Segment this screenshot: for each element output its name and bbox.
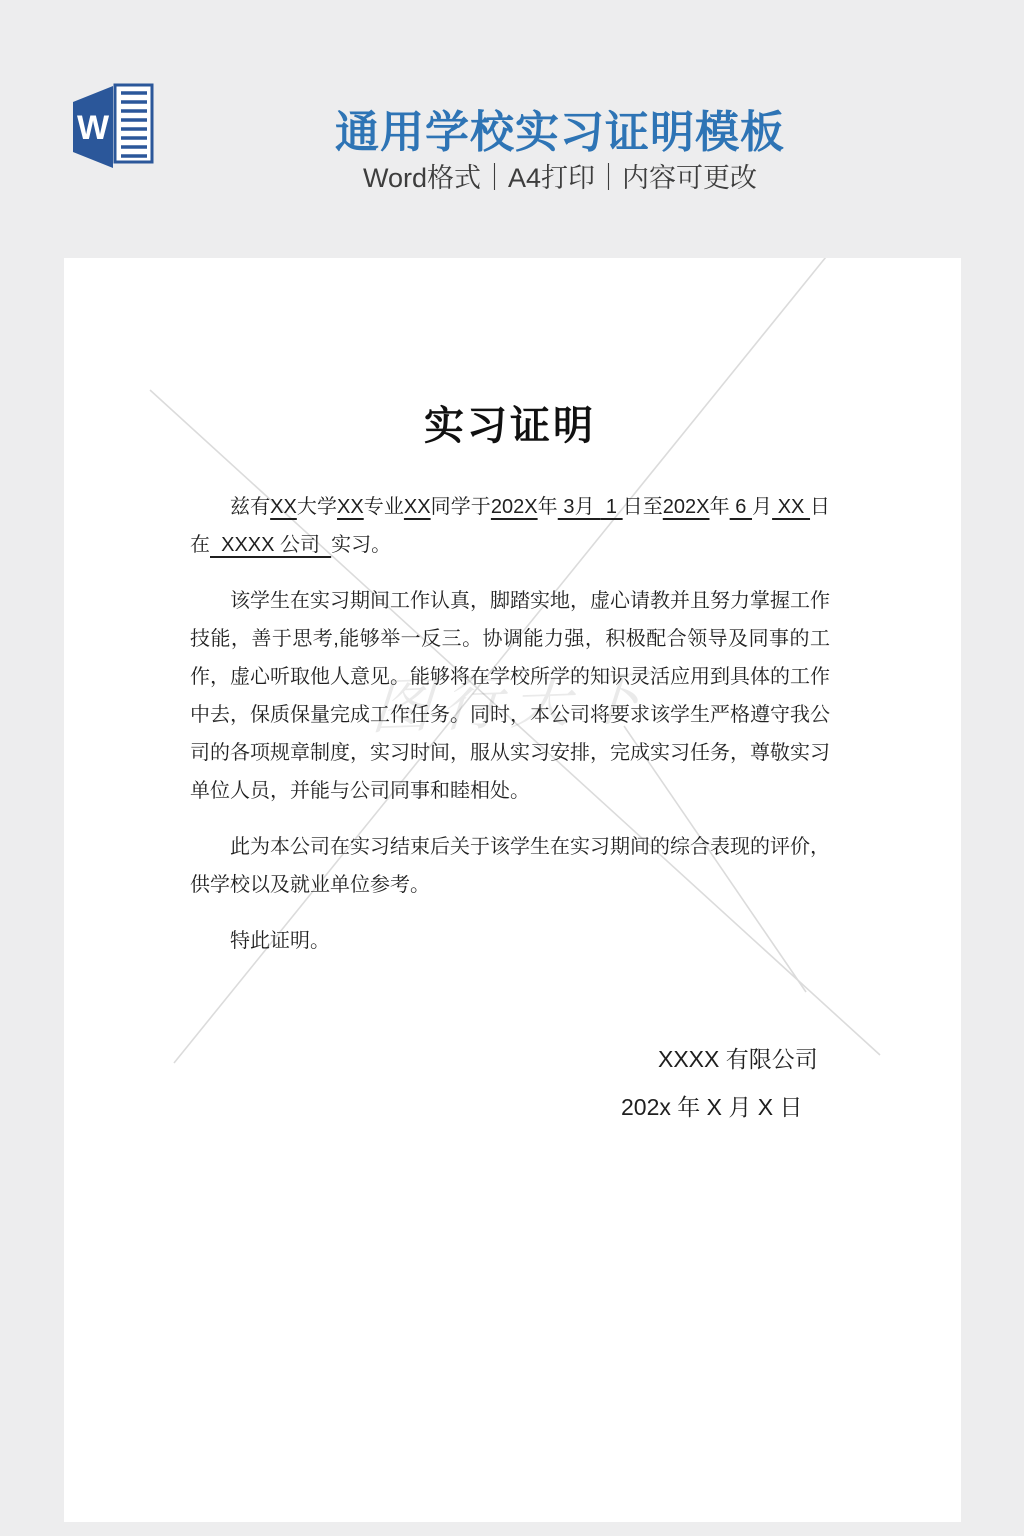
blank-field: XX <box>404 496 431 518</box>
text-run: 日至 <box>623 496 663 518</box>
text-run: 兹有 <box>230 496 270 518</box>
document-page: 图行天下 实习证明 兹有XX大学XX专业XX同学于202X年 3月 1 日至20… <box>64 258 961 1522</box>
blank-field: 1 <box>600 496 622 518</box>
header-subtitle: Word格式｜A4打印｜内容可更改 <box>363 156 757 195</box>
text-run: 同学于 <box>431 496 491 518</box>
doc-paragraphs: 兹有XX大学XX专业XX同学于202X年 3月 1 日至202X年 6 月 XX… <box>190 488 830 960</box>
word-icon-document <box>115 85 152 162</box>
blank-field: 3月 <box>558 496 601 518</box>
paragraph: 该学生在实习期间工作认真，脚踏实地，虚心请教并且努力掌握工作技能，善于思考,能够… <box>190 582 830 810</box>
text-run: 特此证明。 <box>230 930 330 952</box>
header-title: 通用学校实习证明模板 <box>335 96 785 160</box>
word-icon-letter: W <box>77 109 110 147</box>
word-icon: W <box>63 82 155 168</box>
text-run: 实习。 <box>331 534 391 556</box>
blank-field: 202X <box>491 496 538 518</box>
blank-field: XX <box>337 496 364 518</box>
header: W 通用学校实习证明模板 Word格式｜A4打印｜内容可更改 <box>0 0 1024 258</box>
blank-field: 6 <box>730 496 752 518</box>
paragraph: 兹有XX大学XX专业XX同学于202X年 3月 1 日至202X年 6 月 XX… <box>190 488 830 564</box>
text-run: 年 <box>710 496 730 518</box>
paragraph: 此为本公司在实习结束后关于该学生在实习期间的综合表现的评价，供学校以及就业单位参… <box>190 828 830 904</box>
text-run: 大学 <box>297 496 337 518</box>
blank-field: XXXX 公司 <box>210 534 331 556</box>
text-run: 专业 <box>364 496 404 518</box>
text-run: 月 <box>752 496 772 518</box>
blank-field: 202X <box>663 496 710 518</box>
signature-date: 202x 年 X 月 X 日 <box>621 1089 803 1122</box>
text-run: 年 <box>538 496 558 518</box>
blank-field: XX <box>270 496 297 518</box>
doc-title: 实习证明 <box>190 402 830 450</box>
signature-company: XXXX 有限公司 <box>658 1041 818 1074</box>
blank-field: XX <box>772 496 810 518</box>
text-run: 此为本公司在实习结束后关于该学生在实习期间的综合表现的评价，供学校以及就业单位参… <box>190 836 830 896</box>
paragraph: 特此证明。 <box>190 922 830 960</box>
doc-body: 实习证明 兹有XX大学XX专业XX同学于202X年 3月 1 日至202X年 6… <box>190 402 830 978</box>
text-run: 该学生在实习期间工作认真，脚踏实地，虚心请教并且努力掌握工作技能，善于思考,能够… <box>190 590 830 802</box>
